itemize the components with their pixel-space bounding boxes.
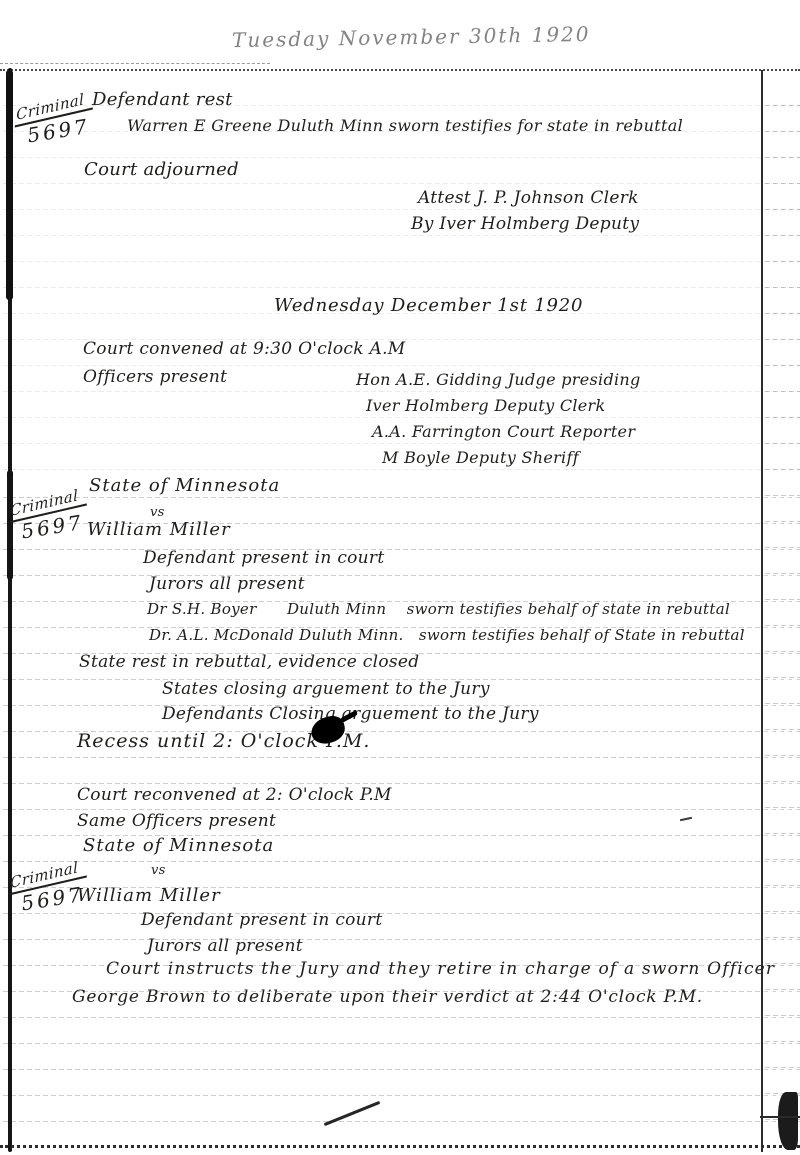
officer-deputy-sheriff: M Boyle Deputy Sheriff	[382, 449, 579, 467]
line-jury-retires: Court instructs the Jury and they retire…	[106, 960, 775, 979]
line-court-reconvened: Court reconvened at 2: O'clock P.M	[77, 786, 392, 805]
bottom-right-tick	[760, 1116, 800, 1118]
line-defendant-present-2: Defendant present in court	[141, 911, 382, 930]
bottom-right-blotch	[778, 1092, 798, 1150]
stray-pen-tick	[680, 817, 692, 821]
line-jurors-present-2: Jurors all present	[147, 937, 303, 956]
margin-note-2: Criminal 5697	[6, 484, 94, 548]
officer-deputy-clerk: Iver Holmberg Deputy Clerk	[366, 397, 606, 415]
top-rule-secondary	[0, 63, 270, 64]
officer-court-reporter: A.A. Farrington Court Reporter	[372, 423, 635, 441]
line-attest-clerk: Attest J. P. Johnson Clerk	[418, 189, 639, 208]
line-attest-deputy: By Iver Holmberg Deputy	[411, 215, 639, 234]
line-witness-mcdonald: Dr. A.L. McDonald Duluth Minn. sworn tes…	[149, 627, 745, 644]
bottom-rule	[0, 1145, 800, 1148]
line-witness-greene: Warren E Greene Duluth Minn sworn testif…	[127, 117, 683, 135]
caption-plaintiff-2: State of Minnesota	[83, 836, 274, 856]
line-officers-present: Officers present	[83, 368, 227, 387]
pen-stroke-bottom	[324, 1101, 381, 1126]
ruled-lines-right-margin	[762, 80, 800, 1140]
scanned-court-record-page: Tuesday November 30th 1920 Criminal 5697…	[0, 0, 800, 1155]
line-deliberation: George Brown to deliberate upon their ve…	[72, 988, 703, 1007]
line-court-adjourned: Court adjourned	[84, 160, 239, 180]
margin-note-1: Criminal 5697	[12, 88, 100, 152]
line-witness-boyer: Dr S.H. Boyer Duluth Minn sworn testifie…	[147, 601, 730, 618]
caption-versus-2: vs	[151, 864, 166, 878]
session-date-heading: Wednesday December 1st 1920	[274, 296, 583, 316]
caption-plaintiff: State of Minnesota	[89, 476, 280, 496]
top-rule	[0, 69, 800, 71]
line-court-convened: Court convened at 9:30 O'clock A.M	[83, 340, 405, 359]
right-margin-line	[761, 70, 763, 1152]
line-jurors-present: Jurors all present	[149, 575, 305, 594]
header-date: Tuesday November 30th 1920	[232, 23, 591, 51]
caption-defendant-2: William Miller	[77, 886, 221, 906]
line-defendant-rest: Defendant rest	[92, 90, 233, 110]
line-defendant-present: Defendant present in court	[143, 549, 384, 568]
line-state-rest: State rest in rebuttal, evidence closed	[79, 653, 419, 672]
officer-judge: Hon A.E. Gidding Judge presiding	[356, 371, 641, 389]
line-states-closing: States closing arguement to the Jury	[162, 680, 490, 699]
line-same-officers: Same Officers present	[77, 812, 276, 831]
caption-defendant: William Miller	[87, 520, 231, 540]
